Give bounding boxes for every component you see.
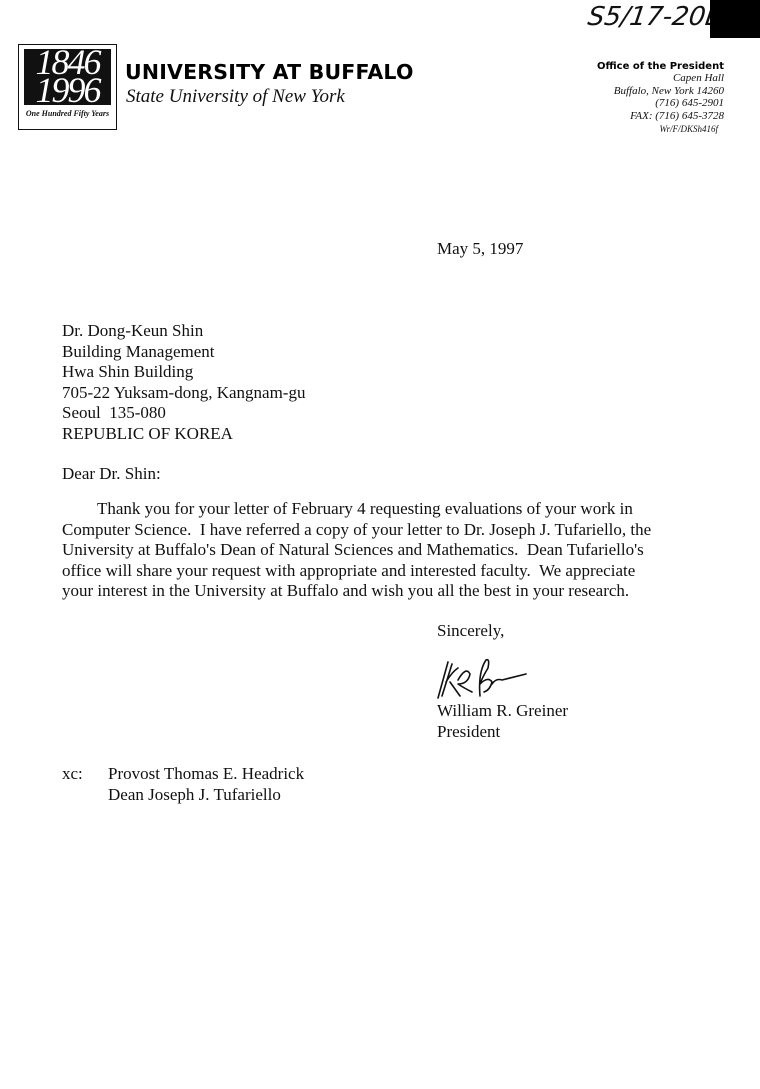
letter-body: Thank you for your letter of February 4 …	[62, 499, 702, 602]
recipient-line: REPUBLIC OF KOREA	[62, 424, 305, 445]
letter-date: May 5, 1997	[437, 239, 523, 260]
handwritten-reference: S5/17-20L	[586, 2, 722, 32]
logo-dark-panel: 1846 1996	[24, 49, 111, 105]
cc-list: Provost Thomas E. Headrick Dean Joseph J…	[108, 764, 304, 805]
body-line: office will share your request with appr…	[62, 561, 702, 582]
office-reference: Wr/F/DKSh416f	[597, 124, 718, 134]
body-line: your interest in the University at Buffa…	[62, 581, 702, 602]
salutation: Dear Dr. Shin:	[62, 464, 161, 485]
body-line: University at Buffalo's Dean of Natural …	[62, 540, 702, 561]
office-city: Buffalo, New York 14260	[597, 85, 724, 98]
body-line: Thank you for your letter of February 4 …	[62, 499, 702, 520]
recipient-line: 705-22 Yuksam-dong, Kangnam-gu	[62, 383, 305, 404]
body-line: Computer Science. I have referred a copy…	[62, 520, 702, 541]
cc-label: xc:	[62, 764, 83, 785]
office-building: Capen Hall	[597, 72, 724, 85]
cc-recipient: Provost Thomas E. Headrick	[108, 764, 304, 785]
office-address-block: Office of the President Capen Hall Buffa…	[597, 61, 724, 134]
office-title: Office of the President	[597, 61, 724, 72]
redaction-block	[710, 0, 760, 38]
office-phone: (716) 645-2901	[597, 97, 724, 110]
closing: Sincerely,	[437, 621, 504, 642]
university-subtitle: State University of New York	[126, 86, 345, 108]
sesquicentennial-logo: 1846 1996 One Hundred Fifty Years	[18, 44, 117, 130]
signer-name: William R. Greiner	[437, 701, 568, 722]
recipient-line: Dr. Dong-Keun Shin	[62, 321, 305, 342]
recipient-line: Seoul 135-080	[62, 403, 305, 424]
recipient-address: Dr. Dong-Keun Shin Building Management H…	[62, 321, 305, 444]
office-fax: FAX: (716) 645-3728	[597, 110, 724, 123]
logo-caption: One Hundred Fifty Years	[19, 109, 116, 118]
signer-title: President	[437, 722, 568, 743]
logo-year-bottom: 1996	[24, 76, 111, 104]
recipient-line: Building Management	[62, 342, 305, 363]
cc-recipient: Dean Joseph J. Tufariello	[108, 785, 304, 806]
signature-icon	[432, 652, 532, 706]
recipient-line: Hwa Shin Building	[62, 362, 305, 383]
university-name: UNIVERSITY AT BUFFALO	[125, 60, 414, 84]
signer-block: William R. Greiner President	[437, 701, 568, 742]
